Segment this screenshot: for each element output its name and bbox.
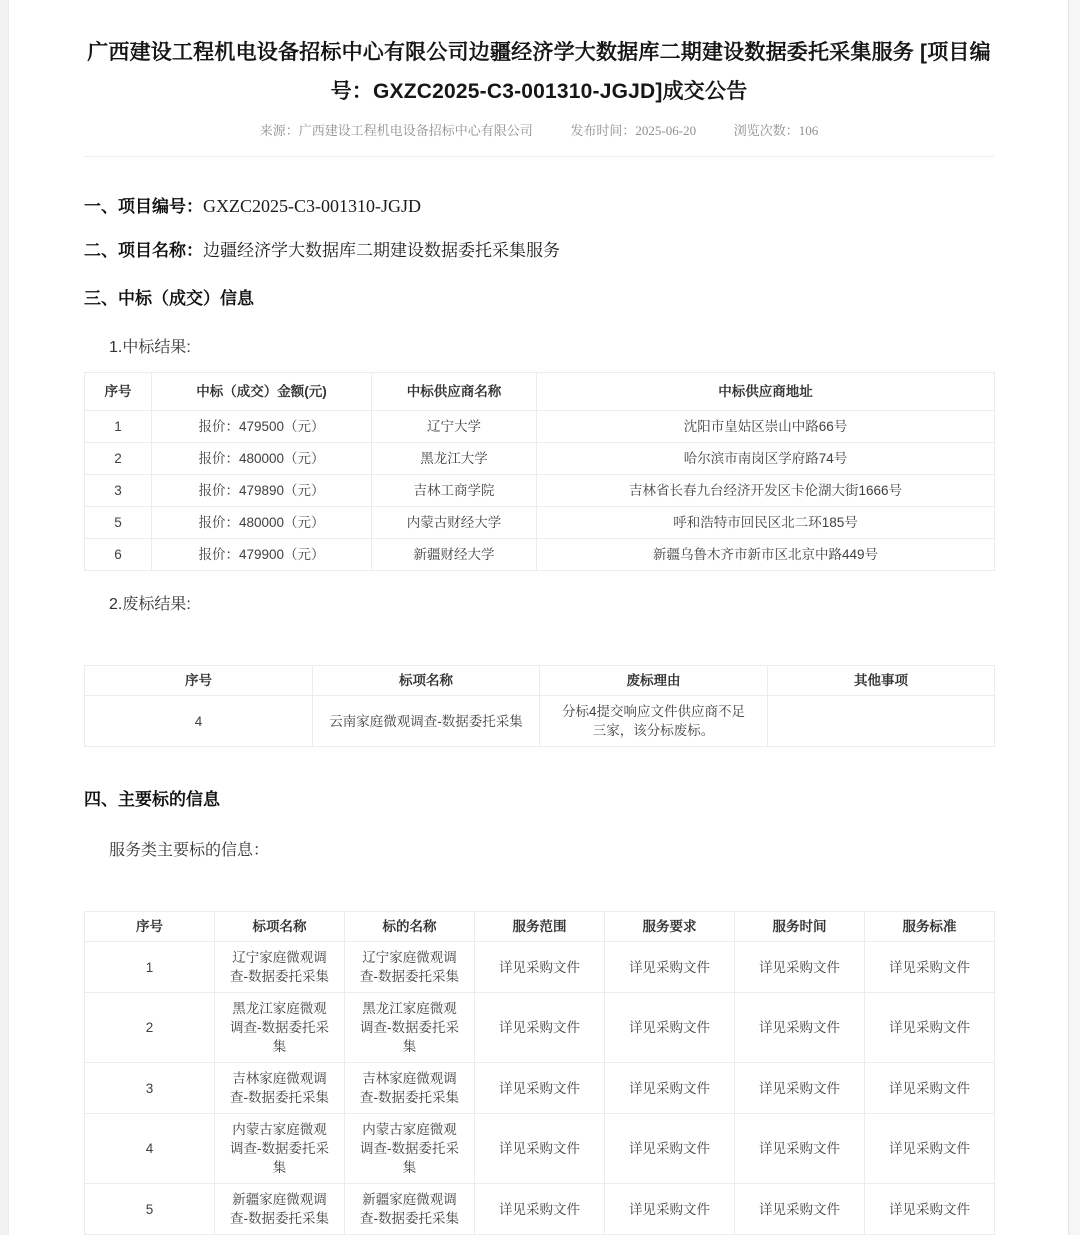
meta-publish-label: 发布时间：	[570, 123, 635, 138]
table-cell: 分标4提交响应文件供应商不足三家，该分标废标。	[540, 696, 768, 747]
meta-publish-value: 2025-06-20	[635, 123, 696, 138]
table-cell: 详见采购文件	[735, 993, 865, 1063]
announcement-page: 广西建设工程机电设备招标中心有限公司边疆经济学大数据库二期建设数据委托采集服务 …	[8, 0, 1069, 1235]
meta-bar: 来源：广西建设工程机电设备招标中心有限公司 发布时间：2025-06-20 浏览…	[84, 120, 994, 139]
table-row: 4 云南家庭微观调查-数据委托采集 分标4提交响应文件供应商不足三家，该分标废标…	[85, 696, 995, 747]
meta-source-label: 来源：	[260, 123, 299, 138]
table-row: 1 辽宁家庭微观调查-数据委托采集 辽宁家庭微观调查-数据委托采集 详见采购文件…	[85, 942, 995, 993]
table-header-row: 序号 标项名称 标的名称 服务范围 服务要求 服务时间 服务标准	[85, 912, 995, 942]
award-info-heading: 三、中标（成交）信息	[84, 289, 254, 308]
header-divider	[84, 156, 994, 157]
service-subject-table: 序号 标项名称 标的名称 服务范围 服务要求 服务时间 服务标准 1 辽宁家庭微…	[84, 911, 995, 1235]
table-cell: 6	[85, 539, 152, 571]
table-cell: 报价：480000（元）	[152, 443, 372, 475]
column-header: 中标供应商名称	[372, 373, 537, 411]
table-cell: 辽宁家庭微观调查-数据委托采集	[345, 942, 475, 993]
table-cell	[768, 696, 995, 747]
table-cell: 内蒙古家庭微观调查-数据委托采集	[215, 1114, 345, 1184]
column-header: 废标理由	[540, 666, 768, 696]
table-cell: 详见采购文件	[605, 942, 735, 993]
table-cell: 呼和浩特市回民区北二环185号	[537, 507, 995, 539]
column-header: 服务时间	[735, 912, 865, 942]
table-cell: 内蒙古家庭微观调查-数据委托采集	[345, 1114, 475, 1184]
service-subject-subheading: 服务类主要标的信息：	[109, 840, 994, 862]
table-cell: 辽宁大学	[372, 411, 537, 443]
table-row: 5 新疆家庭微观调查-数据委托采集 新疆家庭微观调查-数据委托采集 详见采购文件…	[85, 1184, 995, 1235]
table-row: 1 报价：479500（元） 辽宁大学 沈阳市皇姑区崇山中路66号	[85, 411, 995, 443]
table-cell: 报价：479900（元）	[152, 539, 372, 571]
meta-view-count: 浏览次数：106	[734, 123, 819, 138]
table-cell: 云南家庭微观调查-数据委托采集	[313, 696, 540, 747]
table-cell: 详见采购文件	[605, 1114, 735, 1184]
table-cell: 2	[85, 993, 215, 1063]
column-header: 序号	[85, 912, 215, 942]
table-cell: 黑龙江家庭微观调查-数据委托采集	[215, 993, 345, 1063]
column-header: 中标（成交）金额(元)	[152, 373, 372, 411]
table-cell: 吉林工商学院	[372, 475, 537, 507]
table-cell: 详见采购文件	[475, 1184, 605, 1235]
notice-document: 广西建设工程机电设备招标中心有限公司边疆经济学大数据库二期建设数据委托采集服务 …	[84, 33, 994, 1235]
table-cell: 哈尔滨市南岗区学府路74号	[537, 443, 995, 475]
table-header-row: 序号 中标（成交）金额(元) 中标供应商名称 中标供应商地址	[85, 373, 995, 411]
table-cell: 沈阳市皇姑区崇山中路66号	[537, 411, 995, 443]
table-cell: 详见采购文件	[865, 1114, 995, 1184]
project-name-label: 二、项目名称：	[84, 241, 203, 260]
table-cell: 详见采购文件	[475, 942, 605, 993]
invalid-result-subheading: 2.废标结果:	[109, 594, 994, 616]
table-row: 4 内蒙古家庭微观调查-数据委托采集 内蒙古家庭微观调查-数据委托采集 详见采购…	[85, 1114, 995, 1184]
table-cell: 详见采购文件	[735, 1114, 865, 1184]
table-cell: 详见采购文件	[605, 1184, 735, 1235]
table-cell: 详见采购文件	[865, 942, 995, 993]
table-cell: 详见采购文件	[605, 1063, 735, 1114]
project-number-label: 一、项目编号：	[84, 197, 203, 216]
table-row: 3 报价：479890（元） 吉林工商学院 吉林省长春九台经济开发区卡伦湖大街1…	[85, 475, 995, 507]
table-cell: 报价：479500（元）	[152, 411, 372, 443]
column-header: 服务范围	[475, 912, 605, 942]
meta-views-value: 106	[799, 123, 819, 138]
table-cell: 5	[85, 507, 152, 539]
table-cell: 新疆乌鲁木齐市新市区北京中路449号	[537, 539, 995, 571]
table-cell: 报价：480000（元）	[152, 507, 372, 539]
column-header: 标项名称	[313, 666, 540, 696]
section-project-name: 二、项目名称：边疆经济学大数据库二期建设数据委托采集服务	[84, 239, 994, 263]
section-award-info: 三、中标（成交）信息	[84, 287, 994, 311]
table-row: 6 报价：479900（元） 新疆财经大学 新疆乌鲁木齐市新市区北京中路449号	[85, 539, 995, 571]
column-header: 中标供应商地址	[537, 373, 995, 411]
table-cell: 详见采购文件	[475, 1063, 605, 1114]
meta-views-label: 浏览次数：	[734, 123, 799, 138]
table-row: 3 吉林家庭微观调查-数据委托采集 吉林家庭微观调查-数据委托采集 详见采购文件…	[85, 1063, 995, 1114]
column-header: 标的名称	[345, 912, 475, 942]
project-name-value: 边疆经济学大数据库二期建设数据委托采集服务	[203, 241, 560, 260]
award-result-subheading: 1.中标结果:	[109, 337, 994, 359]
table-cell: 2	[85, 443, 152, 475]
table-cell: 详见采购文件	[865, 1184, 995, 1235]
table-cell: 黑龙江大学	[372, 443, 537, 475]
table-cell: 详见采购文件	[865, 993, 995, 1063]
table-cell: 黑龙江家庭微观调查-数据委托采集	[345, 993, 475, 1063]
table-row: 2 黑龙江家庭微观调查-数据委托采集 黑龙江家庭微观调查-数据委托采集 详见采购…	[85, 993, 995, 1063]
table-cell: 吉林家庭微观调查-数据委托采集	[215, 1063, 345, 1114]
table-cell: 详见采购文件	[735, 942, 865, 993]
table-cell: 新疆财经大学	[372, 539, 537, 571]
column-header: 服务要求	[605, 912, 735, 942]
table-cell: 3	[85, 1063, 215, 1114]
table-cell: 内蒙古财经大学	[372, 507, 537, 539]
meta-source: 来源：广西建设工程机电设备招标中心有限公司	[260, 123, 533, 138]
meta-publish-time: 发布时间：2025-06-20	[570, 123, 696, 138]
table-cell: 吉林家庭微观调查-数据委托采集	[345, 1063, 475, 1114]
table-cell: 详见采购文件	[475, 993, 605, 1063]
table-cell: 详见采购文件	[475, 1114, 605, 1184]
main-subject-heading: 四、主要标的信息	[84, 790, 220, 809]
table-cell: 4	[85, 696, 313, 747]
vertical-scrollbar[interactable]	[1068, 0, 1080, 1235]
section-main-subject: 四、主要标的信息	[84, 788, 994, 812]
column-header: 其他事项	[768, 666, 995, 696]
table-cell: 报价：479890（元）	[152, 475, 372, 507]
table-cell: 详见采购文件	[735, 1184, 865, 1235]
project-number-value: GXZC2025-C3-001310-JGJD	[203, 196, 421, 216]
column-header: 服务标准	[865, 912, 995, 942]
invalid-bid-table: 序号 标项名称 废标理由 其他事项 4 云南家庭微观调查-数据委托采集 分标4提…	[84, 665, 995, 747]
table-header-row: 序号 标项名称 废标理由 其他事项	[85, 666, 995, 696]
table-cell: 4	[85, 1114, 215, 1184]
table-cell: 详见采购文件	[865, 1063, 995, 1114]
table-cell: 新疆家庭微观调查-数据委托采集	[345, 1184, 475, 1235]
table-cell: 详见采购文件	[735, 1063, 865, 1114]
table-cell: 1	[85, 411, 152, 443]
meta-source-value: 广西建设工程机电设备招标中心有限公司	[299, 123, 533, 138]
page-title: 广西建设工程机电设备招标中心有限公司边疆经济学大数据库二期建设数据委托采集服务 …	[84, 33, 994, 111]
table-cell: 吉林省长春九台经济开发区卡伦湖大街1666号	[537, 475, 995, 507]
column-header: 序号	[85, 373, 152, 411]
table-cell: 3	[85, 475, 152, 507]
section-project-number: 一、项目编号：GXZC2025-C3-001310-JGJD	[84, 194, 994, 219]
column-header: 标项名称	[215, 912, 345, 942]
table-row: 2 报价：480000（元） 黑龙江大学 哈尔滨市南岗区学府路74号	[85, 443, 995, 475]
award-result-table: 序号 中标（成交）金额(元) 中标供应商名称 中标供应商地址 1 报价：4795…	[84, 372, 995, 571]
table-cell: 详见采购文件	[605, 993, 735, 1063]
table-cell: 新疆家庭微观调查-数据委托采集	[215, 1184, 345, 1235]
table-cell: 1	[85, 942, 215, 993]
table-cell: 辽宁家庭微观调查-数据委托采集	[215, 942, 345, 993]
column-header: 序号	[85, 666, 313, 696]
table-cell: 5	[85, 1184, 215, 1235]
table-row: 5 报价：480000（元） 内蒙古财经大学 呼和浩特市回民区北二环185号	[85, 507, 995, 539]
